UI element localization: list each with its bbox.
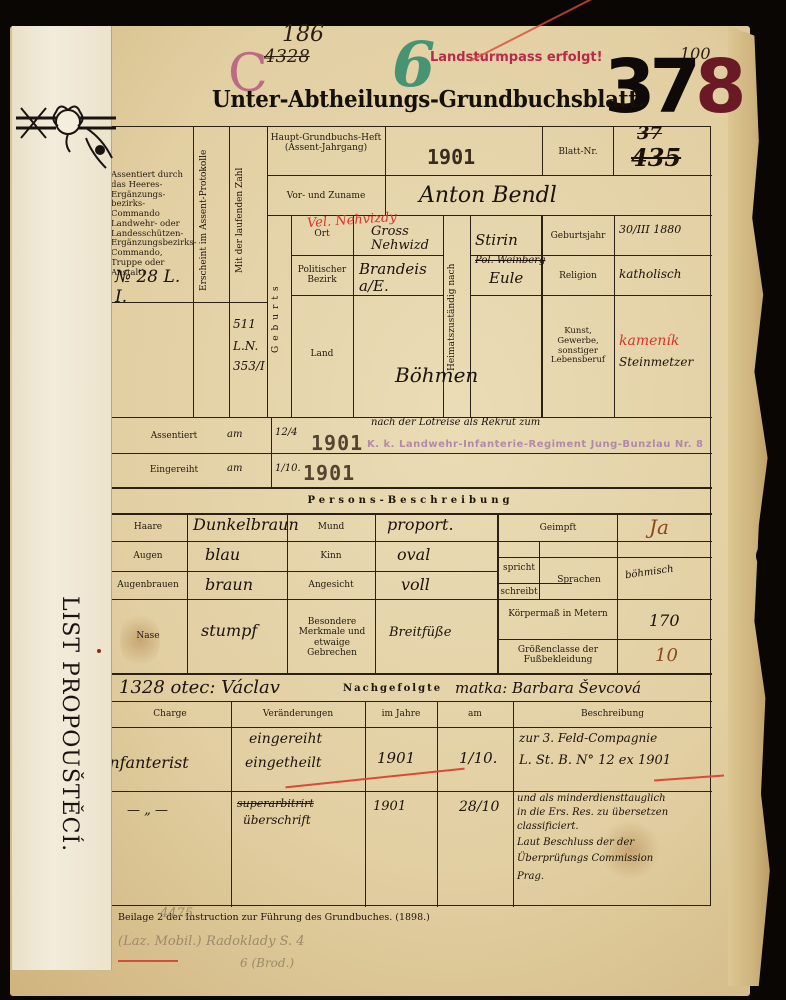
footer-hand-1: (Laz. Mobil.) xyxy=(118,934,202,949)
hand-number-top: 186 xyxy=(282,22,324,47)
mund-value: proport. xyxy=(387,515,454,534)
kinn-value: oval xyxy=(397,545,430,564)
assentiert-date: 12/4 xyxy=(275,427,297,438)
haare-label: Haare xyxy=(109,522,187,532)
sprachen-value: böhmisch xyxy=(624,564,674,582)
beruf-red-correction: kameník xyxy=(619,333,679,349)
sprachen-label: Sprachen xyxy=(541,575,617,585)
col-header-beschreibung: Beschreibung xyxy=(513,709,712,719)
haare-value: Dunkelbraun xyxy=(193,515,299,534)
laufende-zahl-label: Mit der laufenden Zahl xyxy=(235,141,261,299)
protokoll-label: Erscheint im Assent-Protokolle xyxy=(199,141,223,299)
heft-label: Haupt-Grundbuchs-Heft (Assent-Jahrgang) xyxy=(269,133,383,154)
bezirk-label: Politischer Bezirk xyxy=(293,265,351,286)
merkmale-value: Breitfüße xyxy=(389,625,451,640)
eingereiht-date: 1/10. xyxy=(275,463,301,474)
row2-change-2: überschrift xyxy=(243,813,311,827)
geburtsjahr-value: 30/III 1880 xyxy=(619,223,709,236)
religion-value: katholisch xyxy=(619,267,681,281)
augenbrauen-value: braun xyxy=(205,575,253,594)
assentiert-year: 1901 xyxy=(311,431,363,455)
flap-title: LIST PROPOUŠTĚCÍ. xyxy=(42,596,82,916)
angesicht-value: voll xyxy=(401,575,430,594)
geburtsjahr-label: Geburtsjahr xyxy=(543,231,613,241)
row1-desc-2: L. St. B. N° 12 ex 1901 xyxy=(519,753,671,768)
assentiert-am: am xyxy=(227,429,242,440)
ort-value: Gross Nehwizd xyxy=(371,225,441,254)
release-certificate-flap: LIST PROPOUŠTĚCÍ. xyxy=(12,26,112,970)
row1-desc-1: zur 3. Feld-Compagnie xyxy=(519,731,657,745)
row2-desc-2: in die Ers. Res. zu übersetzen xyxy=(517,807,668,818)
name-value: Anton Bendl xyxy=(419,183,557,208)
name-label: Vor- und Zuname xyxy=(269,191,383,201)
row2-desc-1: und als minderdiensttauglich xyxy=(517,793,666,804)
eingereiht-label: Eingereiht xyxy=(139,465,209,475)
heimat-value-3: Eule xyxy=(489,269,523,287)
col-header-veraenderungen: Veränderungen xyxy=(231,709,365,719)
hand-number-struck: 4328 xyxy=(264,46,310,67)
assentiert-by-label: Assentiert durch das Heeres-Ergänzungs-b… xyxy=(109,171,191,278)
spricht-label: spricht xyxy=(499,563,539,573)
laufende-zahl-2: L.N. xyxy=(233,339,258,353)
parents-mother: matka: Barbara Ševcová xyxy=(455,679,641,697)
col-header-charge: Charge xyxy=(109,709,231,719)
row2-date: 28/10 xyxy=(459,799,499,815)
regiment-stamp: K. k. Landwehr-Infanterie-Regiment Jung-… xyxy=(367,439,703,450)
blatt-value-top: 37 xyxy=(637,123,662,144)
bezirk-value: Brandeis a/E. xyxy=(359,261,441,294)
footer-hand-2: Radoklady S. 4 xyxy=(206,934,305,949)
heft-value: 1901 xyxy=(427,145,475,169)
parents-father: 1328 otec: Václav xyxy=(119,677,280,698)
heimat-value-1: Stirin xyxy=(475,231,518,249)
footer-hand-number: 4475 xyxy=(160,906,193,921)
red-dot xyxy=(97,649,101,653)
nase-value: stumpf xyxy=(201,621,257,640)
augen-value: blau xyxy=(205,545,240,564)
row1-change-2: eingetheilt xyxy=(245,755,322,771)
blatt-label: Blatt-Nr. xyxy=(545,147,611,157)
col-header-am: am xyxy=(437,709,513,719)
geimpft-label: Geimpft xyxy=(499,523,617,533)
row2-desc-6: Prag. xyxy=(517,871,544,882)
groesse-value: 10 xyxy=(655,645,678,666)
augen-label: Augen xyxy=(109,551,187,561)
row2-year: 1901 xyxy=(373,799,406,814)
footer-red-mark xyxy=(118,960,178,962)
mund-label: Mund xyxy=(287,522,375,532)
laufende-zahl-1: 511 xyxy=(233,317,256,331)
row1-year: 1901 xyxy=(377,749,415,767)
religion-label: Religion xyxy=(543,271,613,281)
eingereiht-am: am xyxy=(227,463,242,474)
ort-label: Ort xyxy=(293,229,351,239)
beruf-value: Steinmetzer xyxy=(619,355,693,369)
merkmale-label: Besondere Merkmale und etwaige Gebrechen xyxy=(289,617,375,658)
kinn-label: Kinn xyxy=(287,551,375,561)
landsturm-stamp: Landsturmpass erfolgt! xyxy=(430,50,603,65)
eingereiht-year: 1901 xyxy=(303,461,355,485)
row2-desc-4: Laut Beschluss der der xyxy=(517,837,634,848)
schreibt-label: schreibt xyxy=(499,587,539,597)
geimpft-value: Ja xyxy=(649,515,669,539)
blatt-value: 435 xyxy=(631,143,681,172)
floral-ornament-icon xyxy=(16,98,116,188)
land-label: Land xyxy=(293,349,351,359)
form-title: Unter-Abtheilungs-Grundbuchsblatt. xyxy=(212,86,645,113)
parents-printed: Nachgefolgte xyxy=(343,683,442,694)
beruf-label: Kunst, Gewerbe, sonstiger Lebensberuf xyxy=(543,327,613,366)
assentiert-note: nach der Lotreise als Rekrut zum xyxy=(371,417,540,428)
row1-charge: Infanterist xyxy=(103,753,189,772)
page-hole xyxy=(756,542,786,570)
koerpermass-value: 170 xyxy=(649,611,680,630)
heimat-value-2: Pol. Weinberg xyxy=(475,255,545,266)
assentiert-label: Assentiert xyxy=(139,431,209,441)
col-header-jahre: im Jahre xyxy=(365,709,437,719)
row2-desc-5: Überprüfungs Commission xyxy=(517,853,653,864)
koerpermass-label: Körpermaß in Metern xyxy=(499,609,617,619)
form-grid: Assentiert durch das Heeres-Ergänzungs-b… xyxy=(108,126,711,906)
torn-page-edge xyxy=(728,26,772,986)
angesicht-label: Angesicht xyxy=(287,580,375,590)
augenbrauen-label: Augenbrauen xyxy=(109,580,187,590)
laufende-zahl-3: 353/I xyxy=(233,359,265,373)
assentiert-by-value: № 28 L. I. xyxy=(115,267,195,307)
row1-date: 1/10. xyxy=(459,749,497,767)
heimat-label: Heimatszuständig nach xyxy=(447,227,467,407)
row2-charge: — „ — xyxy=(127,803,168,818)
row2-desc-3: classificiert. xyxy=(517,821,579,832)
footer-hand-3: 6 (Brod.) xyxy=(240,956,294,970)
persons-title: Persons-Beschreibung xyxy=(109,495,712,506)
groesse-label: Größenclasse der Fußbekleidung xyxy=(499,645,617,666)
geburts-label: Geburts xyxy=(271,277,289,357)
row2-change-1: superarbitrirt xyxy=(237,797,314,810)
nase-label: Nase xyxy=(109,631,187,641)
row1-change-1: eingereiht xyxy=(249,731,322,747)
